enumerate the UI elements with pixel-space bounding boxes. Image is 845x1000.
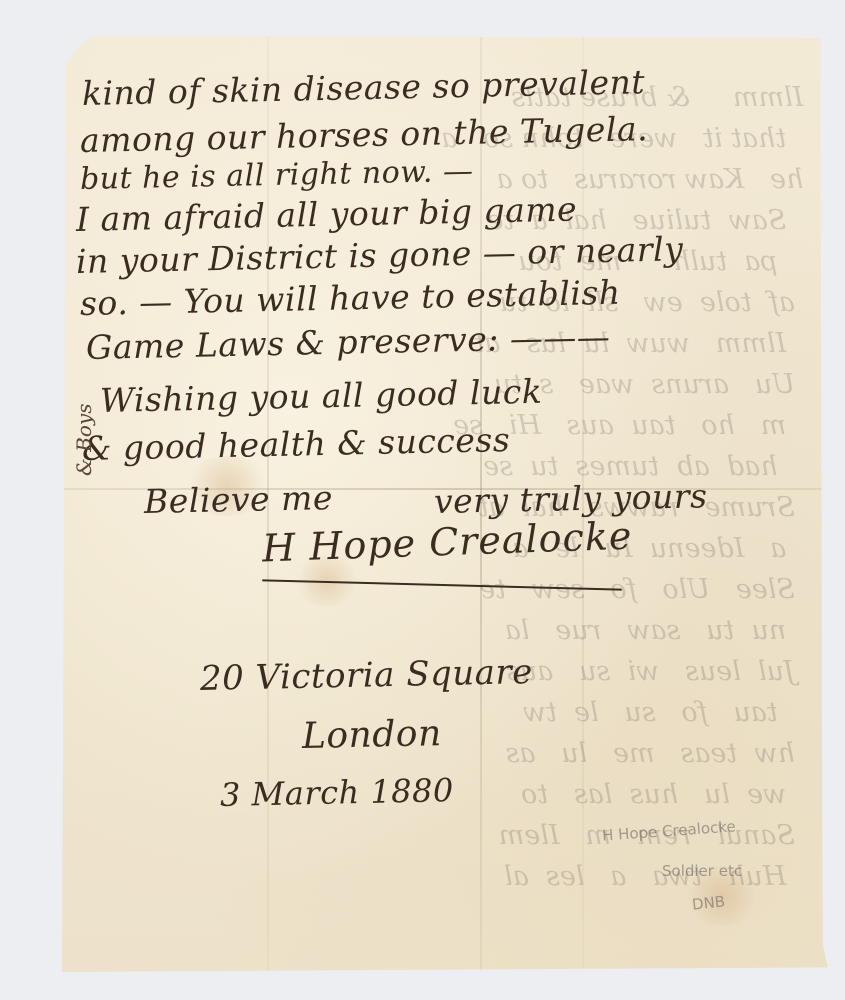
pencil-annotation-reference: DNB — [691, 892, 726, 913]
address-city: London — [302, 713, 442, 757]
margin-note: & Boys — [72, 404, 96, 476]
pencil-annotation-occupation: Soldier etc — [662, 862, 742, 880]
closing-very-truly-yours: very truly yours — [434, 476, 708, 521]
letter-date: 3 March 1880 — [220, 771, 455, 814]
letter-sheet: Ilmm & bruse tatls that it were tohn so … — [62, 36, 828, 972]
closing-believe-me: Believe me — [144, 478, 334, 521]
address-street: 20 Victoria Square — [200, 652, 534, 699]
